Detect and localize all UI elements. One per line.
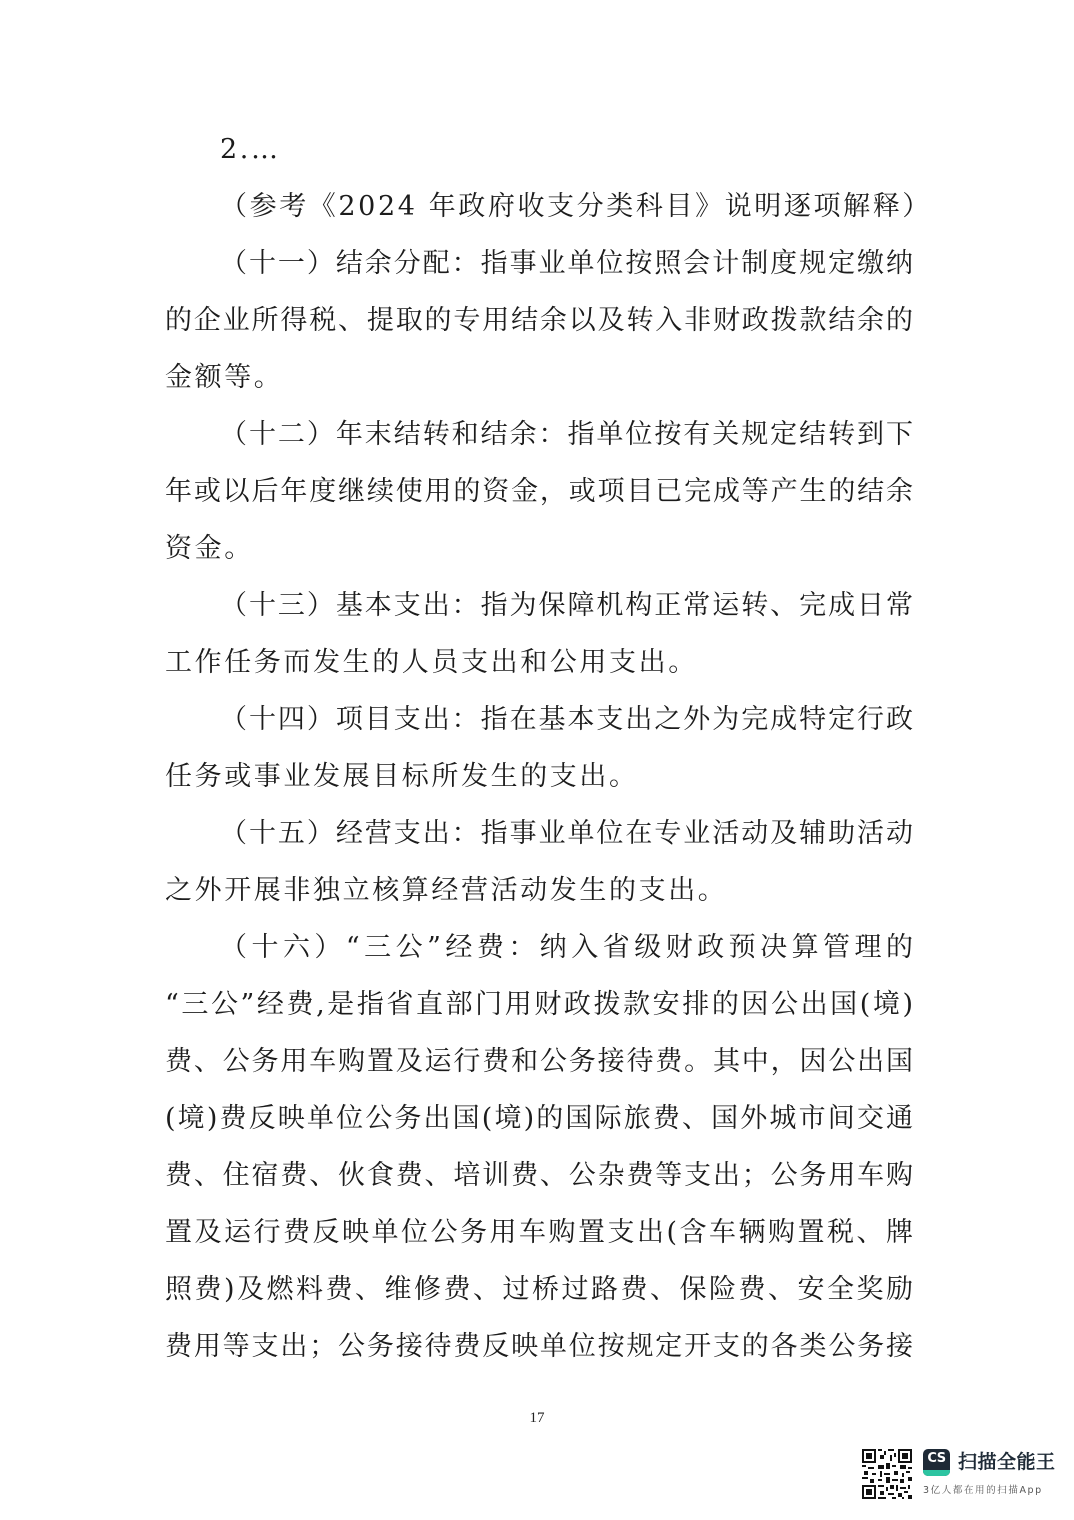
brand-name: 扫描全能王 [958, 1449, 1056, 1476]
text-line: （十六）“三公”经费：纳入省级财政预决算管理的 [220, 926, 913, 970]
text-line: 任务或事业发展目标所发生的支出。 [165, 755, 913, 799]
text-line: 金额等。 [165, 356, 913, 400]
text-line: 费、公务用车购置及运行费和公务接待费。其中，因公出国 [165, 1040, 913, 1084]
logo-text: CS [923, 1451, 950, 1466]
text-line: （十二）年末结转和结余：指单位按有关规定结转到下 [220, 413, 913, 457]
text-line: 之外开展非独立核算经营活动发生的支出。 [165, 869, 913, 913]
brand-tagline: 3亿人都在用的扫描App [923, 1482, 1043, 1496]
text-line: “三公”经费,是指省直部门用财政拨款安排的因公出国(境) [165, 983, 913, 1027]
page-number: 17 [0, 1410, 1074, 1427]
camscanner-watermark: CS 扫描全能王 3亿人都在用的扫描App [862, 1449, 1062, 1501]
text-line: （参考《2024 年政府收支分类科目》说明逐项解释） [220, 185, 913, 229]
text-line: 工作任务而发生的人员支出和公用支出。 [165, 641, 913, 685]
text-line: （十三）基本支出：指为保障机构正常运转、完成日常 [220, 584, 913, 628]
text-line: （十四）项目支出：指在基本支出之外为完成特定行政 [220, 698, 913, 742]
camscanner-logo-icon: CS [923, 1449, 950, 1476]
text-line: (境)费反映单位公务出国(境)的国际旅费、国外城市间交通 [165, 1097, 913, 1141]
text-line: （十五）经营支出：指事业单位在专业活动及辅助活动 [220, 812, 913, 856]
document-page: 2.…（参考《2024 年政府收支分类科目》说明逐项解释）（十一）结余分配：指事… [0, 0, 1074, 1520]
text-line: 照费)及燃料费、维修费、过桥过路费、保险费、安全奖励 [165, 1268, 913, 1312]
text-line: 费用等支出；公务接待费反映单位按规定开支的各类公务接 [165, 1325, 913, 1369]
text-line: 2.… [220, 128, 913, 172]
text-line: 年或以后年度继续使用的资金，或项目已完成等产生的结余 [165, 470, 913, 514]
qr-code-icon [862, 1449, 912, 1499]
text-line: 资金。 [165, 527, 913, 571]
logo-accent-bar [923, 1470, 950, 1476]
text-line: 的企业所得税、提取的专用结余以及转入非财政拨款结余的 [165, 299, 913, 343]
text-line: 置及运行费反映单位公务用车购置支出(含车辆购置税、牌 [165, 1211, 913, 1255]
text-line: （十一）结余分配：指事业单位按照会计制度规定缴纳 [220, 242, 913, 286]
text-line: 费、住宿费、伙食费、培训费、公杂费等支出；公务用车购 [165, 1154, 913, 1198]
